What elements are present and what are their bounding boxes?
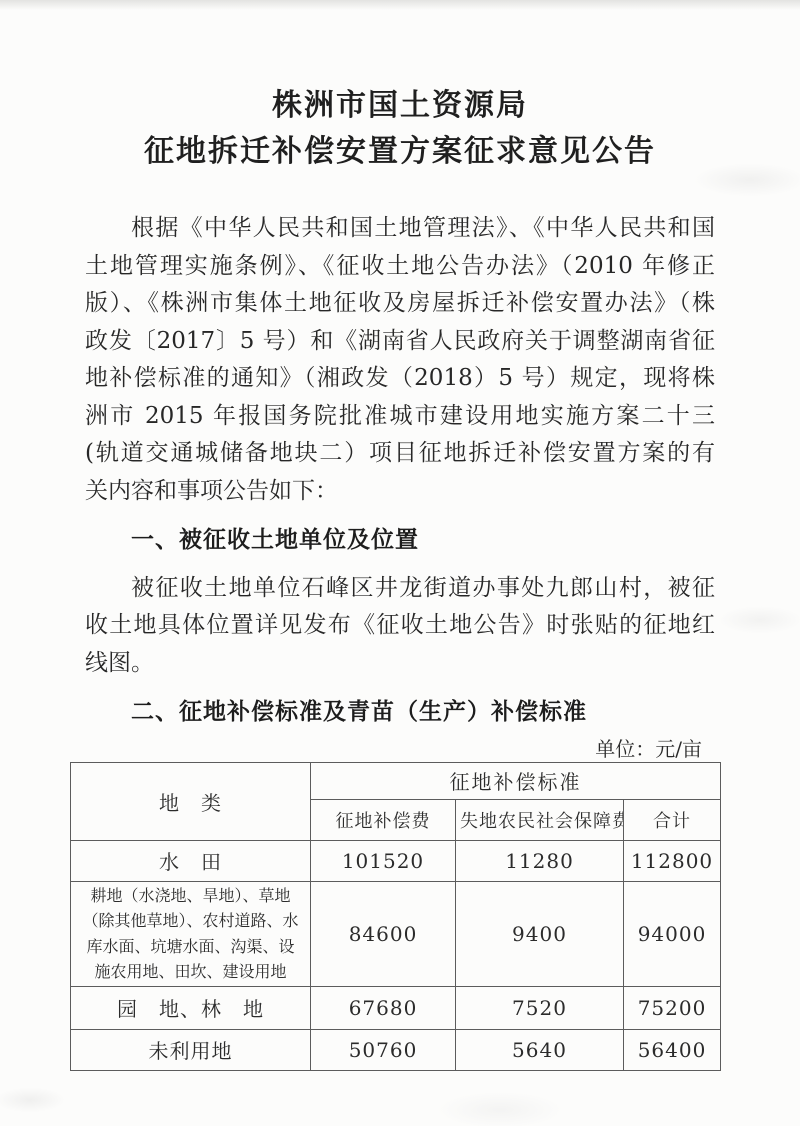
row-compensation: 84600 [311,881,456,986]
table-row: 水 田 101520 11280 112800 [71,840,721,881]
paragraph1-line-7: (轨道交通城储备地块二）项目征地拆迁补偿安置方案的有 [85,435,715,473]
row-compensation: 50760 [311,1029,456,1070]
table-row: 未利用地 50760 5640 56400 [71,1029,721,1070]
document-body: 根据《中华人民共和国土地管理法》、《中华人民共和国 土地管理实施条例》、《征收土… [85,210,715,732]
row-land-type: 耕地（水浇地、旱地）、草地（除其他草地）、农村道路、水库水面、坑塘水面、沟渠、设… [71,881,311,986]
header-compensation: 征地补偿费 [311,799,456,840]
compensation-table: 地 类 征地补偿标准 征地补偿费 失地农民社会保障费 合计 水 田 101520… [70,762,721,1071]
table-row: 耕地（水浇地、旱地）、草地（除其他草地）、农村道路、水库水面、坑塘水面、沟渠、设… [71,881,721,986]
row-social-security: 7520 [456,986,624,1029]
row-land-type: 水 田 [71,840,311,881]
row-social-security: 9400 [456,881,624,986]
compensation-table-section: 单位：元/亩 地 类 征地补偿标准 征地补偿费 失地农民社会保障费 合计 [70,736,720,1071]
row-social-security: 5640 [456,1029,624,1070]
row-compensation: 101520 [311,840,456,881]
header-group: 征地补偿标准 [311,762,721,799]
document-title-line1: 株洲市国土资源局 [0,84,800,128]
header-land-type: 地 类 [71,762,311,840]
row-social-security: 11280 [456,840,624,881]
section-heading-2: 二、征地补偿标准及青苗（生产）补偿标准 [85,694,715,732]
paragraph2-line-3: 线图。 [85,645,715,683]
row-total: 75200 [624,986,721,1029]
header-total: 合计 [624,799,721,840]
row-total: 112800 [624,840,721,881]
paragraph1-line-2: 土地管理实施条例》、《征收土地公告办法》（2010 年修正 [85,248,715,286]
paragraph1-line-4: 政发〔2017〕5 号）和《湖南省人民政府关于调整湖南省征 [85,323,715,361]
row-total: 94000 [624,881,721,986]
section-heading-1: 一、被征收土地单位及位置 [85,522,715,560]
scanned-notice-page: 株洲市国土资源局 征地拆迁补偿安置方案征求意见公告 根据《中华人民共和国土地管理… [0,0,800,1126]
row-compensation: 67680 [311,986,456,1029]
paragraph1-line-6: 洲市 2015 年报国务院批准城市建设用地实施方案二十三 [85,398,715,436]
paragraph1-line-3: 版）、《株洲市集体土地征收及房屋拆迁补偿安置办法》（株 [85,285,715,323]
header-social-security: 失地农民社会保障费 [456,799,624,840]
unit-label: 单位：元/亩 [70,736,720,762]
table-header-row-1: 地 类 征地补偿标准 [71,762,721,799]
paragraph1-line-1: 根据《中华人民共和国土地管理法》、《中华人民共和国 [85,210,715,248]
document-title-line2: 征地拆迁补偿安置方案征求意见公告 [0,128,800,176]
row-total: 56400 [624,1029,721,1070]
paragraph1-line-5: 地补偿标准的通知》（湘政发（2018）5 号）规定，现将株 [85,360,715,398]
paragraph1-line-8: 关内容和事项公告如下： [85,473,715,511]
table-row: 园 地、林 地 67680 7520 75200 [71,986,721,1029]
paragraph2-line-2: 收土地具体位置详见发布《征收土地公告》时张贴的征地红 [85,607,715,645]
row-land-type: 园 地、林 地 [71,986,311,1029]
row-land-type: 未利用地 [71,1029,311,1070]
paragraph2-line-1: 被征收土地单位石峰区井龙街道办事处九郎山村，被征 [85,570,715,608]
